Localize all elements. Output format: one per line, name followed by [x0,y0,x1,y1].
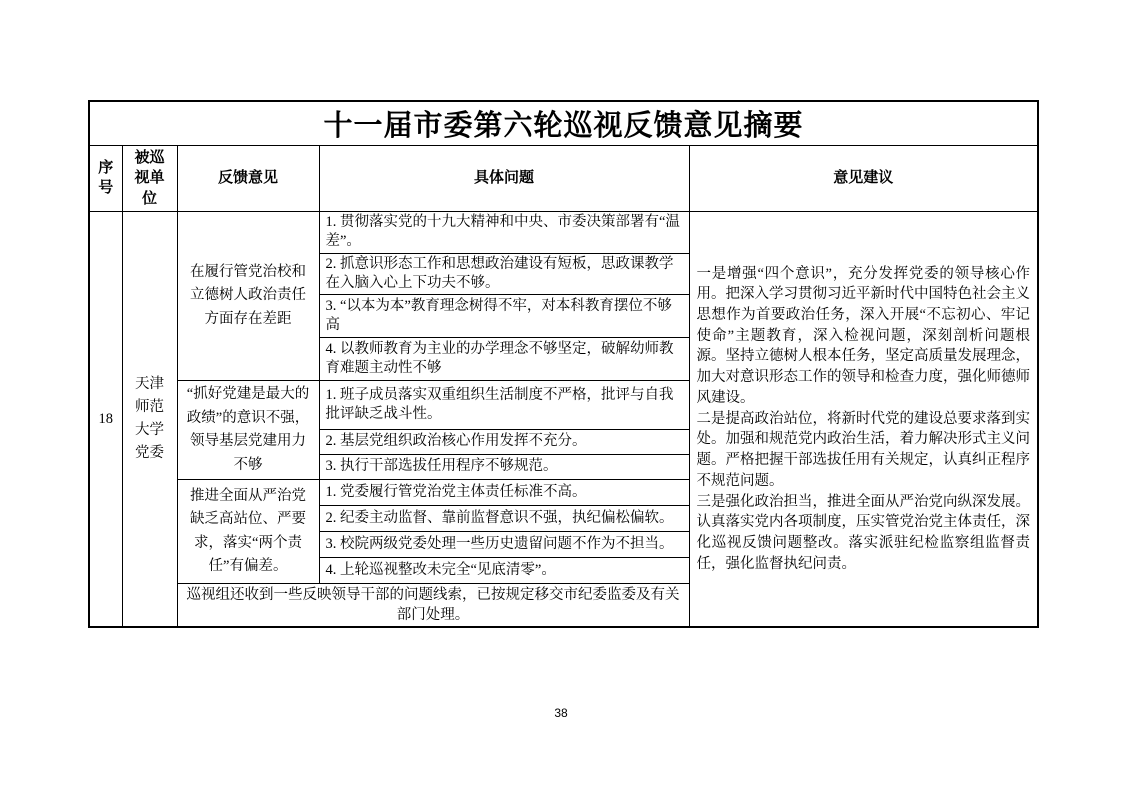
serial-number-cell: 18 [89,211,122,627]
clues-transfer-note-cell: 巡视组还收到一些反映领导干部的问题线索，已按规定移交市纪委监委及有关部门处理。 [177,584,689,628]
problem-cell: 4. 上轮巡视整改未完全“见底清零”。 [319,558,689,584]
problem-cell: 2. 基层党组织政治核心作用发挥不充分。 [319,430,689,454]
feedback-cell-2: “抓好党建是最大的政绩”的意识不强，领导基层党建用力不够 [177,381,319,480]
header-serial-number: 序号 [89,146,122,212]
problem-cell: 1. 党委履行管党治党主体责任标准不高。 [319,480,689,506]
problem-cell: 3. 校院两级党委处理一些历史遗留问题不作为不担当。 [319,532,689,558]
suggestion-paragraph-1: 一是增强“四个意识”，充分发挥党委的领导核心作用。把深入学习贯彻习近平新时代中国… [697,264,1031,409]
problem-cell: 2. 纪委主动监督、靠前监督意识不强，执纪偏松偏软。 [319,506,689,532]
header-feedback-opinion: 反馈意见 [177,146,319,212]
inspected-unit-cell: 天津师范大学党委 [122,211,177,627]
document-page: 十一届市委第六轮巡视反馈意见摘要 序号 被巡视单位 反馈意见 具体问题 意见建议… [0,0,1122,793]
page-number: 38 [0,706,1122,720]
problem-cell: 1. 班子成员落实双重组织生活制度不严格，批评与自我批评缺乏战斗性。 [319,381,689,430]
problem-cell: 3. “以本为本”教育理念树得不牢，对本科教育摆位不够高 [319,295,689,338]
suggestion-paragraph-3: 三是强化政治担当，推进全面从严治党向纵深发展。认真落实党内各项制度，压实管党治党… [697,492,1031,575]
table-header-row: 序号 被巡视单位 反馈意见 具体问题 意见建议 [89,146,1038,212]
suggestions-cell: 一是增强“四个意识”，充分发挥党委的领导核心作用。把深入学习贯彻习近平新时代中国… [689,211,1038,627]
header-suggestions: 意见建议 [689,146,1038,212]
problem-cell: 4. 以教师教育为主业的办学理念不够坚定，破解幼师教育难题主动性不够 [319,338,689,381]
header-specific-problems: 具体问题 [319,146,689,212]
table-title: 十一届市委第六轮巡视反馈意见摘要 [89,101,1038,146]
inspection-feedback-table: 十一届市委第六轮巡视反馈意见摘要 序号 被巡视单位 反馈意见 具体问题 意见建议… [88,100,1039,628]
suggestion-paragraph-2: 二是提高政治站位，将新时代党的建设总要求落到实处。加强和规范党内政治生活，着力解… [697,409,1031,492]
header-inspected-unit: 被巡视单位 [122,146,177,212]
table-row: 18 天津师范大学党委 在履行管党治校和立德树人政治责任方面存在差距 1. 贯彻… [89,211,1038,253]
table-title-row: 十一届市委第六轮巡视反馈意见摘要 [89,101,1038,146]
problem-cell: 1. 贯彻落实党的十九大精神和中央、市委决策部署有“温差”。 [319,211,689,253]
problem-cell: 3. 执行干部选拔任用程序不够规范。 [319,454,689,480]
problem-cell: 2. 抓意识形态工作和思想政治建设有短板，思政课教学在入脑入心上下功夫不够。 [319,253,689,295]
feedback-cell-3: 推进全面从严治党缺乏高站位、严要求，落实“两个责任”有偏差。 [177,480,319,584]
feedback-cell-1: 在履行管党治校和立德树人政治责任方面存在差距 [177,211,319,381]
